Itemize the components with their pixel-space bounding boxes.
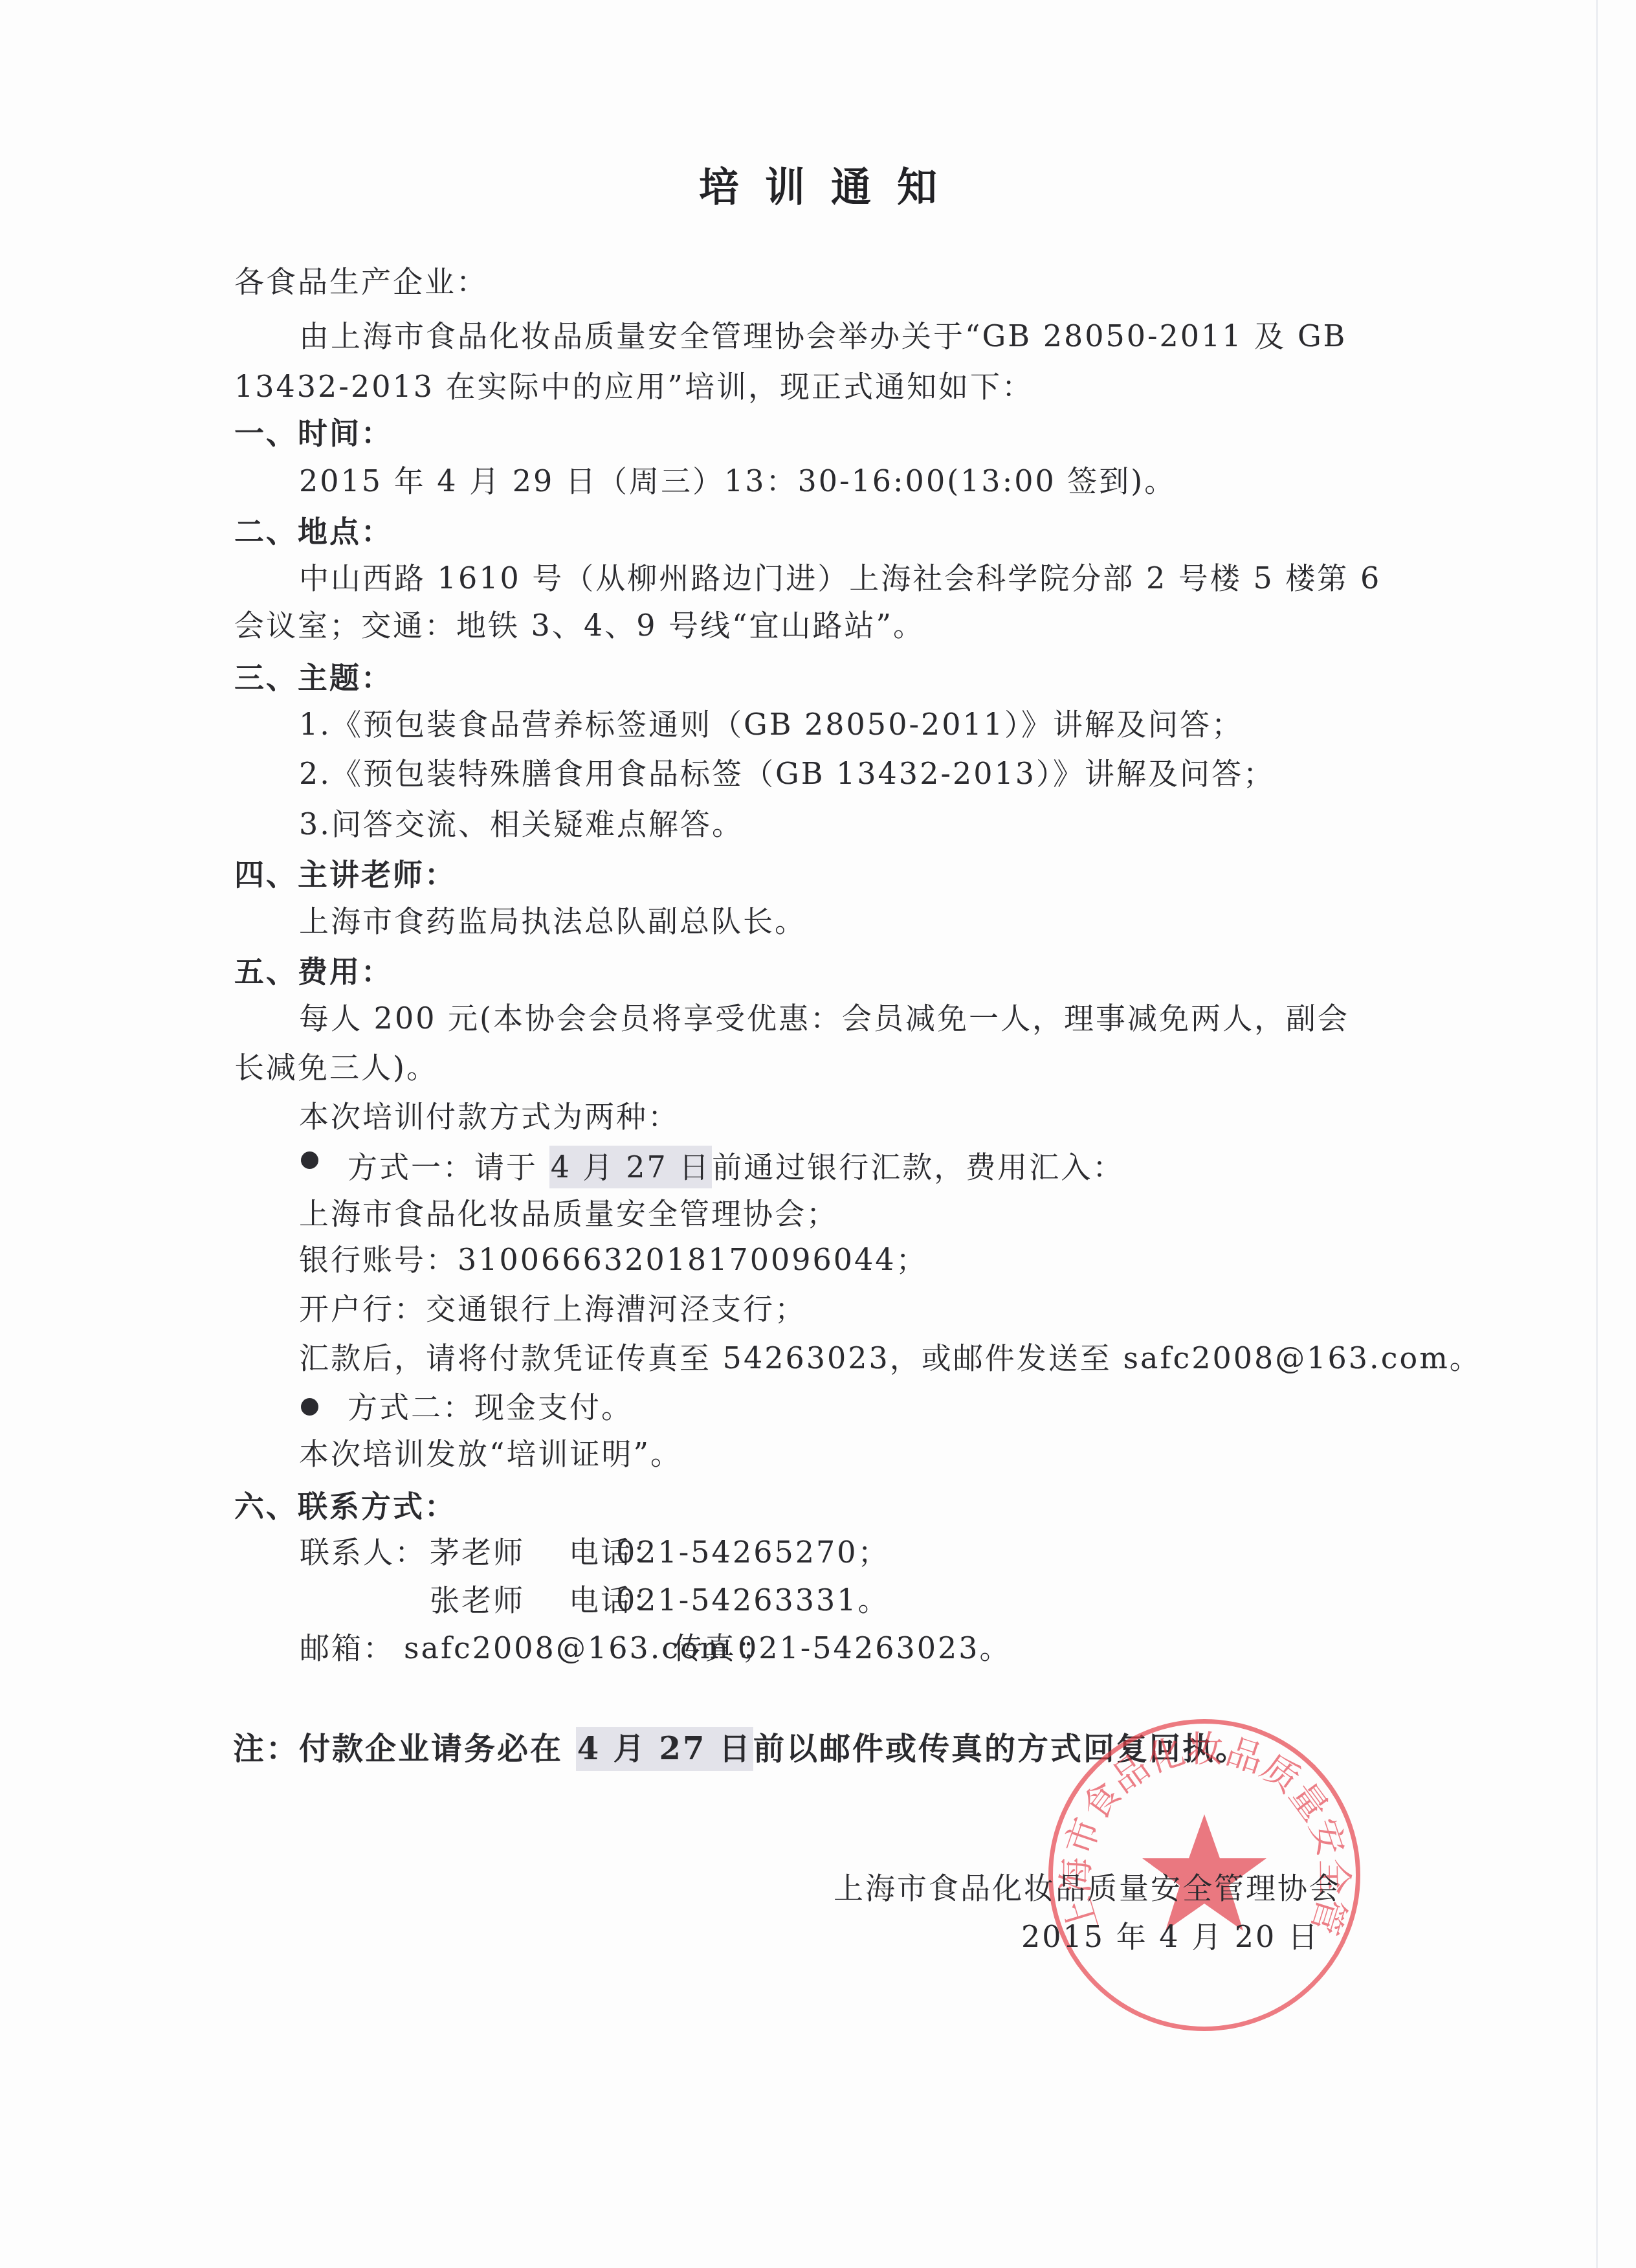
lecturer-body: 上海市食药监局执法总队副总队长。 — [299, 902, 806, 940]
method1-suffix: 前通过银行汇款，费用汇入： — [712, 1150, 1124, 1184]
fee-line-2: 长减免三人)。 — [234, 1048, 438, 1087]
topic-item-3: 3.问答交流、相关疑难点解答。 — [299, 805, 744, 843]
note-prefix: 注：付款企业请务必在 — [233, 1731, 576, 1767]
contact-person-1-name: 茅老师 — [430, 1533, 525, 1572]
section-heading-contact: 六、联系方式： — [234, 1487, 456, 1526]
note-deadline-highlight: 4 月 27 日 — [576, 1727, 753, 1771]
section-heading-topics: 三、主题： — [234, 658, 393, 697]
email-label: 邮箱： — [300, 1629, 395, 1667]
location-line-2: 会议室；交通：地铁 3、4、9 号线“宜山路站”。 — [234, 606, 925, 645]
fax-number: 021-54263023。 — [738, 1629, 1011, 1667]
topic-item-1: 1.《预包装食品营养标签通则（GB 28050-2011）》讲解及问答； — [299, 705, 1243, 744]
contact-person-1-phone: 021-54265270； — [616, 1533, 889, 1572]
section-heading-fee: 五、费用： — [234, 952, 393, 991]
section-heading-location: 二、地点： — [234, 512, 393, 551]
bank-account: 银行账号：310066632018170096044； — [299, 1240, 928, 1279]
contact-person-2-phone: 021-54263331。 — [616, 1581, 889, 1619]
document-title: 培训通知 — [0, 155, 1636, 213]
intro-line-1: 由上海市食品化妆品质量安全管理协会举办关于“GB 28050-2011 及 GB — [299, 317, 1347, 355]
payment-method-2: 方式二：现金支付。 — [348, 1388, 633, 1427]
bullet-icon — [301, 1398, 318, 1416]
signature-date: 2015 年 4 月 20 日 — [1021, 1917, 1320, 1956]
certificate-note: 本次培训发放“培训证明”。 — [299, 1434, 682, 1473]
section-heading-time: 一、时间： — [234, 414, 393, 452]
location-line-1: 中山西路 1610 号（从柳州路边门进）上海社会科学院分部 2 号楼 5 楼第 … — [299, 559, 1381, 597]
bank-branch: 开户行：交通银行上海漕河泾支行； — [299, 1289, 806, 1328]
contact-person-2-name: 张老师 — [430, 1581, 525, 1619]
payee: 上海市食品化妆品质量安全管理协会； — [299, 1194, 838, 1233]
topic-item-2: 2.《预包装特殊膳食用食品标签（GB 13432-2013）》讲解及问答； — [299, 754, 1275, 793]
document-page: 培训通知 各食品生产企业： 由上海市食品化妆品质量安全管理协会举办关于“GB 2… — [0, 0, 1636, 2268]
time-body: 2015 年 4 月 29 日（周三）13：30-16:00(13:00 签到)… — [299, 461, 1176, 500]
bullet-icon — [301, 1151, 318, 1169]
payment-intro: 本次培训付款方式为两种： — [299, 1097, 680, 1136]
fee-line-1: 每人 200 元(本协会会员将享受优惠：会员减免一人，理事减免两人，副会 — [299, 999, 1349, 1038]
contact-label: 联系人： — [300, 1533, 426, 1572]
scan-edge-shadow — [1596, 0, 1598, 2268]
section-heading-lecturer: 四、主讲老师： — [234, 855, 456, 894]
method1-prefix: 方式一：请于 — [348, 1150, 549, 1184]
method1-deadline-highlight: 4 月 27 日 — [549, 1146, 713, 1188]
payment-method-1: 方式一：请于 4 月 27 日前通过银行汇款，费用汇入： — [348, 1148, 1124, 1186]
signature-organization: 上海市食品化妆品质量安全管理协会 — [834, 1869, 1341, 1907]
after-remit-instructions: 汇款后，请将付款凭证传真至 54263023，或邮件发送至 safc2008@1… — [299, 1339, 1481, 1377]
salutation: 各食品生产企业： — [234, 262, 488, 301]
intro-line-2: 13432-2013 在实际中的应用”培训，现正式通知如下： — [234, 367, 1034, 406]
